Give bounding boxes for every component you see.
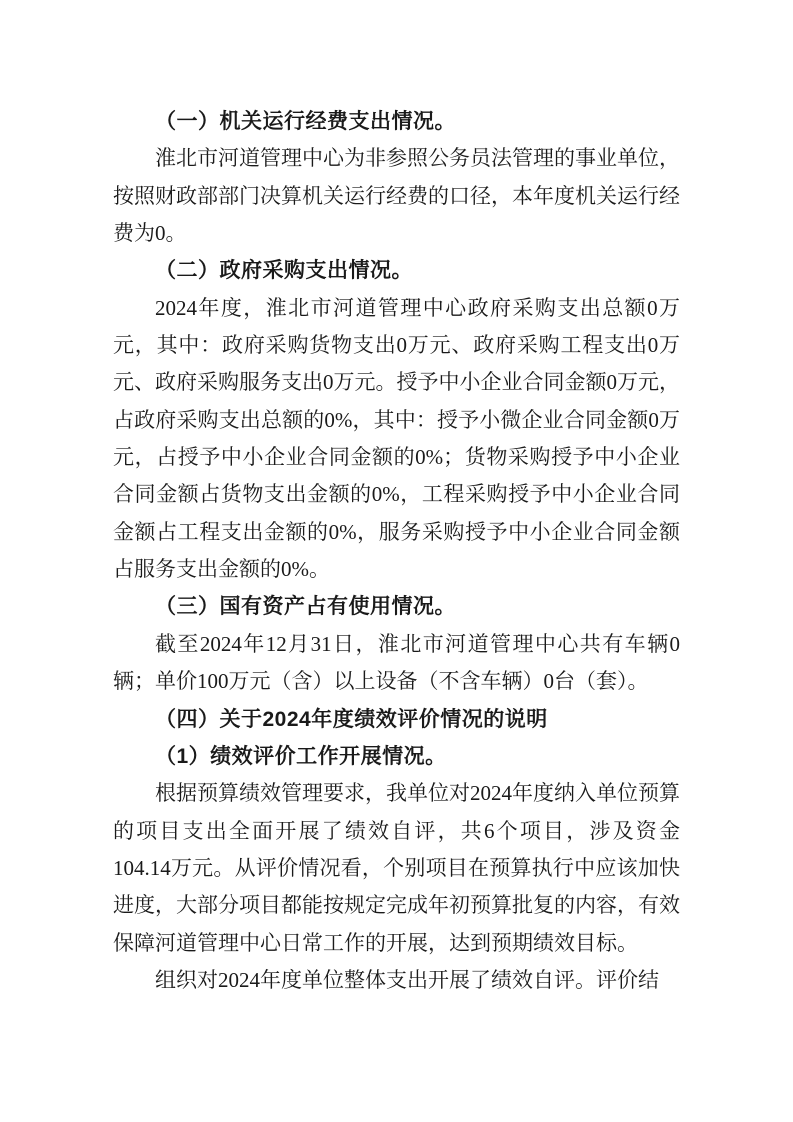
body-paragraph: 淮北市河道管理中心为非参照公务员法管理的事业单位，按照财政部部门决算机关运行经费…	[113, 140, 680, 252]
body-paragraph: 2024年度，淮北市河道管理中心政府采购支出总额0万元，其中：政府采购货物支出0…	[113, 290, 680, 589]
section-heading: （二）政府采购支出情况。	[113, 252, 680, 289]
document-page: （一）机关运行经费支出情况。淮北市河道管理中心为非参照公务员法管理的事业单位，按…	[0, 0, 793, 1122]
section-heading: （三）国有资产占有使用情况。	[113, 588, 680, 625]
section-heading: （一）机关运行经费支出情况。	[113, 103, 680, 140]
section-heading: （1）绩效评价工作开展情况。	[113, 738, 680, 775]
body-paragraph: 截至2024年12月31日，淮北市河道管理中心共有车辆0辆；单价100万元（含）…	[113, 626, 680, 701]
body-paragraph: 根据预算绩效管理要求，我单位对2024年度纳入单位预算的项目支出全面开展了绩效自…	[113, 775, 680, 962]
section-heading: （四）关于2024年度绩效评价情况的说明	[113, 701, 680, 738]
document-content: （一）机关运行经费支出情况。淮北市河道管理中心为非参照公务员法管理的事业单位，按…	[113, 103, 680, 999]
body-paragraph: 组织对2024年度单位整体支出开展了绩效自评。评价结	[113, 962, 680, 999]
